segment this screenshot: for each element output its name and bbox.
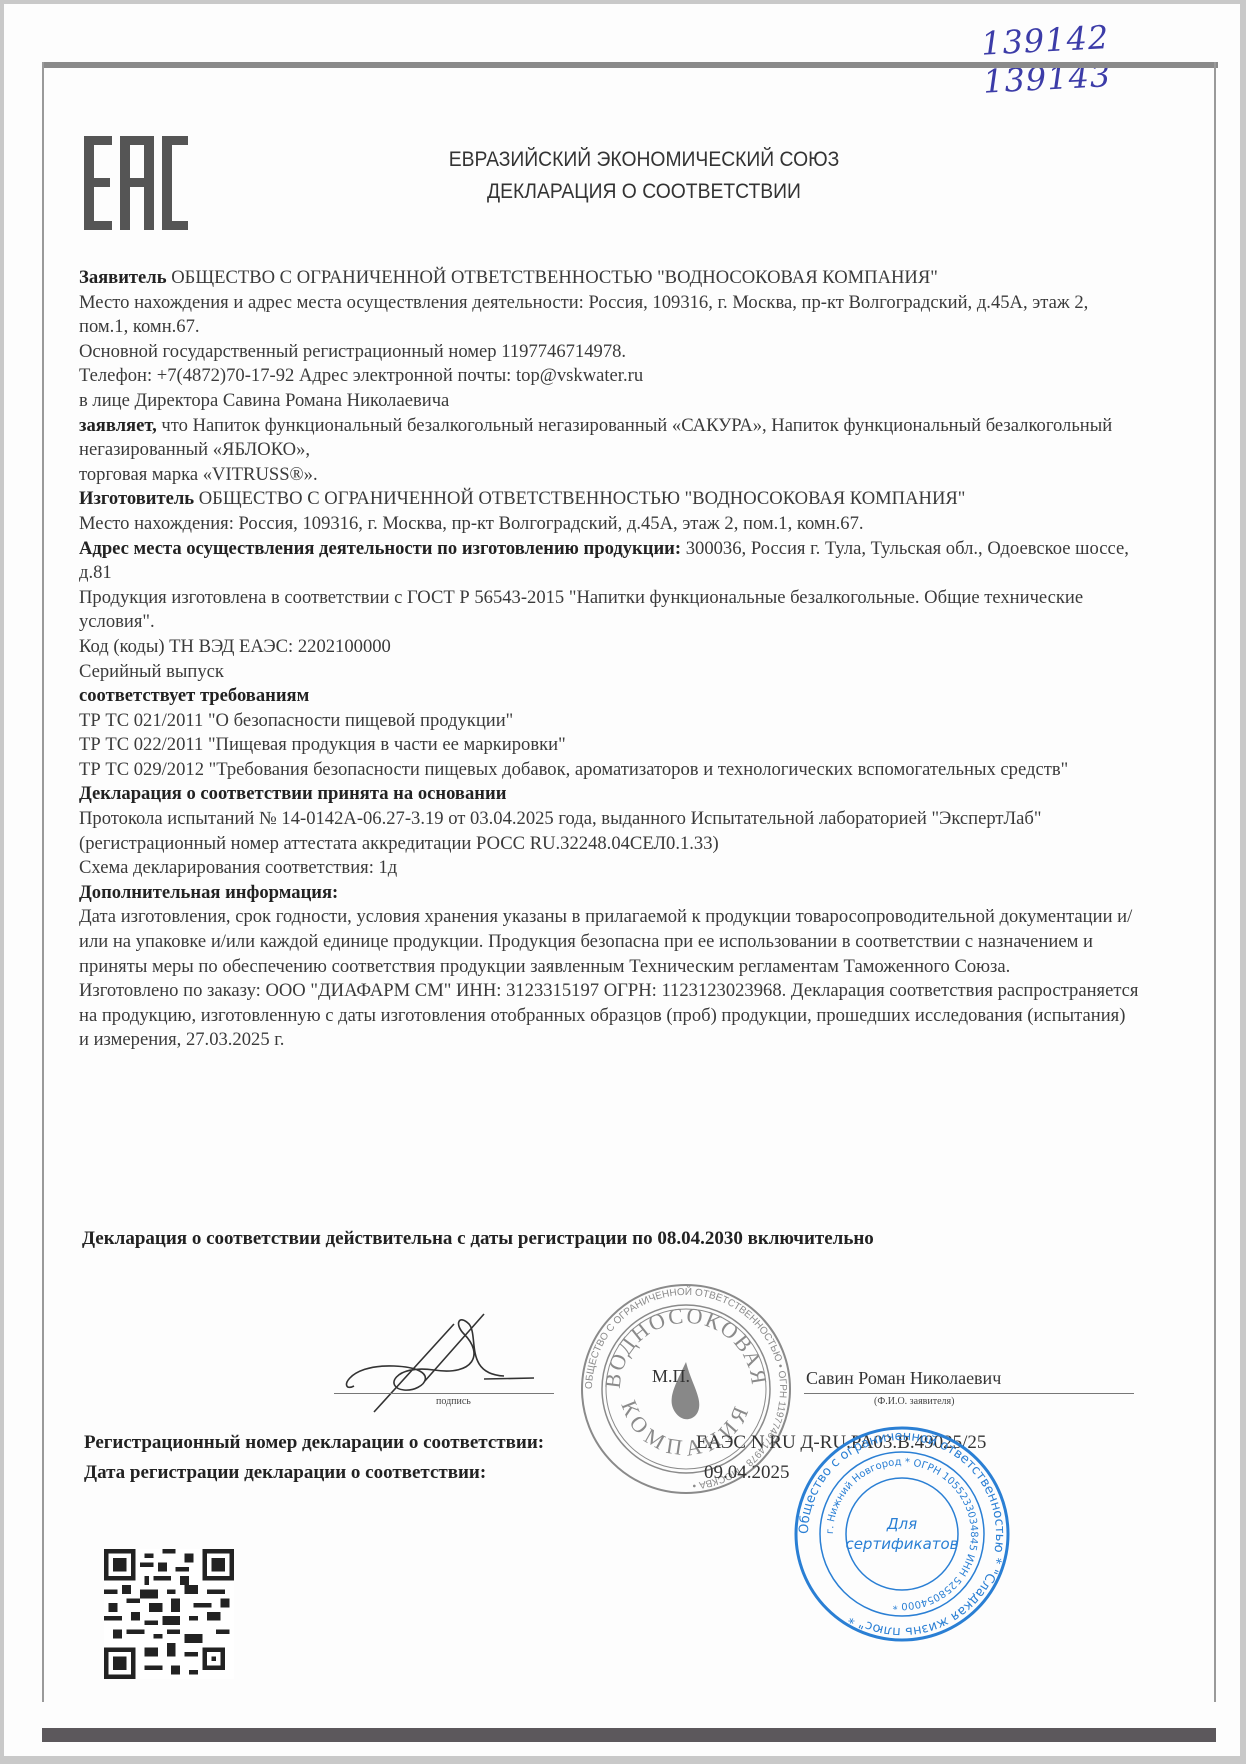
frame-border-right (1214, 62, 1216, 1702)
certification-stamp-icon: Общество с ограниченной ответственностью… (792, 1424, 1012, 1644)
seal-place-label: М.П. (652, 1366, 690, 1387)
name-caption: (Ф.И.О. заявителя) (874, 1396, 954, 1407)
applicant-label: Заявитель (79, 267, 167, 288)
product-standard: Продукция изготовлена в соответствии с Г… (79, 586, 1139, 635)
requirement-item: ТР ТС 029/2012 "Требования безопасности … (79, 758, 1139, 783)
production-address-label: Адрес места осуществления деятельности п… (79, 538, 681, 559)
signature-line (334, 1393, 554, 1394)
manufacturer-name: ОБЩЕСТВО С ОГРАНИЧЕННОЙ ОТВЕТСТВЕННОСТЬЮ… (194, 488, 965, 509)
requirements-label: соответствует требованиям (79, 684, 1139, 709)
validity-statement: Декларация о соответствии действительна … (82, 1228, 874, 1250)
manufacturer-label: Изготовитель (79, 488, 194, 509)
declares-line: заявляет, что Напиток функциональный без… (79, 414, 1139, 463)
header-union-title: ЕВРАЗИЙСКИЙ ЭКОНОМИЧЕСКИЙ СОЮЗ (368, 144, 920, 176)
name-line (804, 1393, 1134, 1394)
basis-label: Декларация о соответствии принята на осн… (79, 782, 1139, 807)
svg-text:сертификатов: сертификатов (845, 1535, 958, 1553)
basis-protocol: Протокола испытаний № 14-0142А-06.27-3.1… (79, 807, 1139, 856)
additional-text-1: Дата изготовления, срок годности, услови… (79, 905, 1139, 979)
applicant-name: ОБЩЕСТВО С ОГРАНИЧЕННОЙ ОТВЕТСТВЕННОСТЬЮ… (167, 267, 938, 288)
frame-border-top (42, 62, 1218, 68)
applicant-full-name: Савин Роман Николаевич (806, 1368, 1001, 1389)
svg-text:Для: Для (886, 1515, 917, 1533)
eac-logo-icon (82, 136, 190, 230)
svg-text:г. Нижний Новгород * ОГРН 1055: г. Нижний Новгород * ОГРН 1055233034845 … (825, 1457, 979, 1611)
requirement-item: ТР ТС 021/2011 "О безопасности пищевой п… (79, 709, 1139, 734)
frame-border-left (42, 62, 44, 1702)
declares-text: что Напиток функциональный безалкогольны… (79, 415, 1112, 461)
product-release: Серийный выпуск (79, 660, 1139, 685)
applicant-address: Место нахождения и адрес места осуществл… (79, 291, 1139, 340)
registration-date-label: Дата регистрации декларации о соответств… (84, 1462, 486, 1484)
applicant-line: Заявитель ОБЩЕСТВО С ОГРАНИЧЕННОЙ ОТВЕТС… (79, 266, 1139, 291)
manufacturer-address: Место нахождения: Россия, 109316, г. Мос… (79, 512, 1139, 537)
trademark: торговая марка «VITRUSS®». (79, 463, 1139, 488)
declaration-body: Заявитель ОБЩЕСТВО С ОГРАНИЧЕННОЙ ОТВЕТС… (79, 266, 1139, 1053)
qr-code-icon[interactable] (104, 1549, 234, 1679)
document-header: ЕВРАЗИЙСКИЙ ЭКОНОМИЧЕСКИЙ СОЮЗ ДЕКЛАРАЦИ… (368, 144, 920, 208)
applicant-ogrn: Основной государственный регистрационный… (79, 340, 1139, 365)
additional-label: Дополнительная информация: (79, 881, 1139, 906)
handwritten-note: 139142 139143 (980, 11, 1242, 100)
product-tnved: Код (коды) ТН ВЭД ЕАЭС: 2202100000 (79, 635, 1139, 660)
frame-border-bottom (42, 1728, 1216, 1742)
registration-number-label: Регистрационный номер декларации о соотв… (84, 1432, 544, 1454)
applicant-contacts: Телефон: +7(4872)70-17-92 Адрес электрон… (79, 364, 1139, 389)
document-page: 139142 139143 ЕВРАЗИЙСКИЙ ЭКОНОМИЧЕСКИЙ … (4, 4, 1240, 1756)
requirement-item: ТР ТС 022/2011 "Пищевая продукция в част… (79, 733, 1139, 758)
applicant-representative: в лице Директора Савина Романа Николаеви… (79, 389, 1139, 414)
manufacturer-line: Изготовитель ОБЩЕСТВО С ОГРАНИЧЕННОЙ ОТВ… (79, 487, 1139, 512)
header-declaration-title: ДЕКЛАРАЦИЯ О СООТВЕТСТВИИ (368, 176, 920, 208)
registration-date: 09.04.2025 (704, 1462, 790, 1484)
additional-text-2: Изготовлено по заказу: ООО "ДИАФАРМ СМ" … (79, 979, 1139, 1053)
signature-caption: подпись (436, 1396, 471, 1407)
production-address-line: Адрес места осуществления деятельности п… (79, 537, 1139, 586)
declares-label: заявляет, (79, 415, 157, 436)
basis-scheme: Схема декларирования соответствия: 1д (79, 856, 1139, 881)
